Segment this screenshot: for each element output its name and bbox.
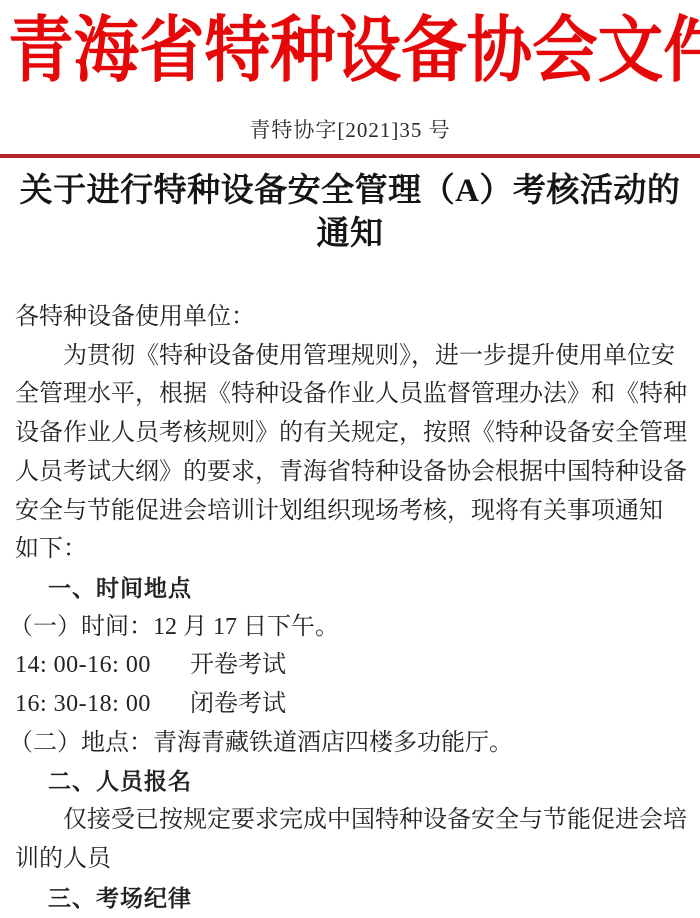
document-page: 青海省特种设备协会文件 青特协字[2021]35 号 关于进行特种设备安全管理（… bbox=[0, 0, 700, 918]
exam-location-line: （二）地点：青海青藏铁道酒店四楼多功能厅。 bbox=[9, 724, 688, 763]
schedule-time: 16: 30-18: 00 bbox=[15, 685, 190, 724]
schedule-label: 开卷考试 bbox=[190, 652, 286, 678]
schedule-time: 14: 00-16: 00 bbox=[15, 646, 190, 685]
body-line: 人员考试大纲》的要求，青海省特种设备协会根据中国特种设备 bbox=[15, 453, 688, 492]
body-line: 仅接受已按规定要求完成中国特种设备安全与节能促进会培 bbox=[15, 801, 688, 840]
body-line: 为贯彻《特种设备使用管理规则》，进一步提升使用单位安 bbox=[15, 337, 688, 376]
section-heading-time-location: 一、时间地点 bbox=[15, 569, 688, 608]
body-line: 设备作业人员考核规则》的有关规定，按照《特种设备安全管理 bbox=[15, 414, 688, 453]
schedule-label: 闭卷考试 bbox=[190, 691, 286, 717]
body-line: 如下： bbox=[15, 530, 688, 569]
schedule-row-closed-book: 16: 30-18: 00闭卷考试 bbox=[15, 685, 688, 724]
document-body: 各特种设备使用单位： 为贯彻《特种设备使用管理规则》，进一步提升使用单位安 全管… bbox=[0, 298, 700, 917]
red-divider-rule bbox=[0, 154, 700, 158]
salutation-line: 各特种设备使用单位： bbox=[15, 298, 688, 337]
body-line: 安全与节能促进会培训计划组织现场考核，现将有关事项通知 bbox=[15, 492, 688, 531]
exam-time-line: （一）时间：12 月 17 日下午。 bbox=[9, 608, 688, 647]
schedule-row-open-book: 14: 00-16: 00开卷考试 bbox=[15, 646, 688, 685]
document-title: 关于进行特种设备安全管理（A）考核活动的 通知 bbox=[0, 170, 700, 256]
body-line: 全管理水平，根据《特种设备作业人员监督管理办法》和《特种 bbox=[15, 375, 688, 414]
document-title-line1: 关于进行特种设备安全管理（A）考核活动的 bbox=[0, 170, 700, 213]
body-line: 训的人员 bbox=[15, 840, 688, 879]
section-heading-exam-rules: 三、考场纪律 bbox=[15, 879, 688, 918]
section-heading-registration: 二、人员报名 bbox=[15, 762, 688, 801]
letterhead-org-title: 青海省特种设备协会文件 bbox=[8, 6, 638, 96]
document-title-line2: 通知 bbox=[0, 213, 700, 256]
document-number: 青特协字[2021]35 号 bbox=[0, 118, 700, 142]
